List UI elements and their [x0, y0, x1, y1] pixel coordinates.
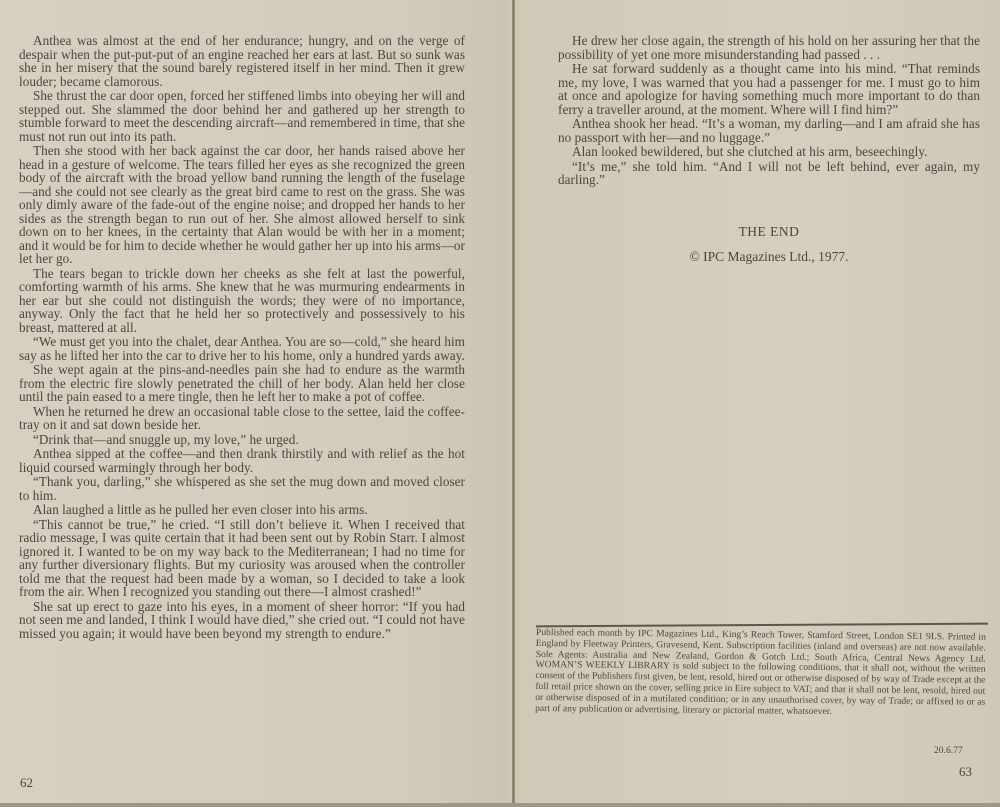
paragraph: He sat forward suddenly as a thought cam… [558, 62, 980, 116]
paragraph: “Drink that—and snuggle up, my love,” he… [19, 433, 465, 447]
paragraph: She wept again at the pins-and-needles p… [19, 363, 465, 404]
page-bottom-edge [0, 803, 1000, 807]
right-page: He drew her close again, the strength of… [514, 0, 1000, 807]
copyright-notice: © IPC Magazines Ltd., 1977. [558, 249, 980, 265]
right-page-text: He drew her close again, the strength of… [558, 34, 980, 188]
paragraph: “This cannot be true,” he cried. “I stil… [19, 518, 465, 599]
paragraph: Anthea was almost at the end of her endu… [19, 34, 465, 88]
paragraph: Then she stood with her back against the… [19, 144, 465, 266]
paragraph: “We must get you into the chalet, dear A… [19, 335, 465, 362]
paragraph: She sat up erect to gaze into his eyes, … [19, 600, 465, 641]
left-page-text: Anthea was almost at the end of her endu… [19, 34, 465, 641]
paragraph: Anthea sipped at the coffee—and then dra… [19, 447, 465, 474]
paragraph: Alan looked bewildered, but she clutched… [558, 145, 980, 159]
paragraph: “Thank you, darling,” she whispered as s… [19, 475, 465, 502]
book-spread: Anthea was almost at the end of her endu… [0, 0, 1000, 807]
page-number: 62 [20, 775, 33, 791]
paragraph: Anthea shook her head. “It’s a woman, my… [558, 117, 980, 144]
paragraph: Alan laughed a little as he pulled her e… [19, 503, 465, 517]
paragraph: “It’s me,” she told him. “And I will not… [558, 160, 980, 187]
the-end-heading: THE END [558, 224, 980, 240]
paragraph: The tears began to trickle down her chee… [19, 267, 465, 335]
left-page: Anthea was almost at the end of her endu… [0, 0, 514, 807]
paragraph: When he returned he drew an occasional t… [19, 405, 465, 432]
colophon-divider [536, 623, 988, 627]
page-number: 63 [959, 764, 972, 780]
colophon-date: 20.6.77 [934, 745, 963, 756]
publisher-colophon: Published each month by IPC Magazines Lt… [535, 628, 986, 719]
paragraph: He drew her close again, the strength of… [558, 34, 980, 61]
paragraph: She thrust the car door open, forced her… [19, 89, 465, 143]
